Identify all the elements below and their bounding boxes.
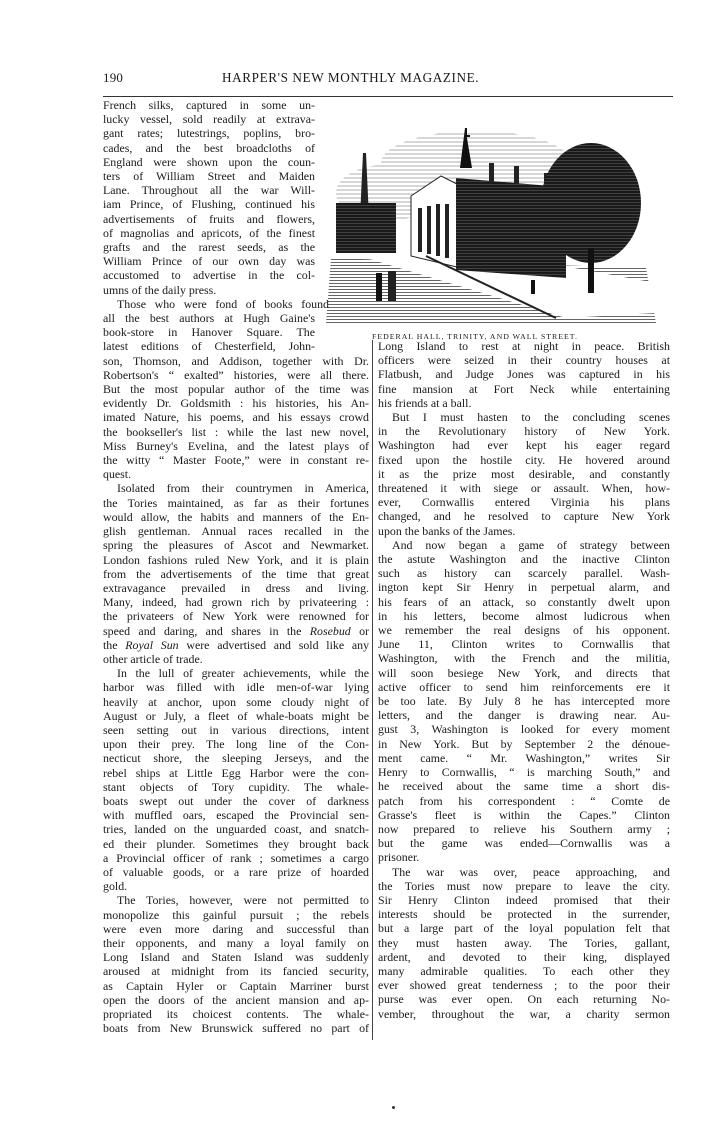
engraving-image <box>326 108 666 323</box>
text-line: Robertson's “ exalted” histories, were a… <box>103 368 369 382</box>
text-line: the witty “ Master Foote,” were in const… <box>103 453 369 467</box>
text-line: And now began a game of strategy between <box>378 538 670 552</box>
text-line: gust 3, Washington is looked for every m… <box>378 722 670 736</box>
text-line: other article of trade. <box>103 652 369 666</box>
left-column: French silks, captured in some un- lucky… <box>103 98 369 1035</box>
text-line: his friends at a ball. <box>378 396 670 410</box>
text-line: grafts and the rarest seeds, as the <box>103 240 315 254</box>
text-line: Grasse's fleet is within the Capes.” Cli… <box>378 808 670 822</box>
right-column: Long Island to rest at night in peace. B… <box>378 339 670 1021</box>
text-line: glish gentleman. Annual races recalled i… <box>103 524 369 538</box>
text-line: propriated its choicest contents. The wh… <box>103 1007 369 1021</box>
text-line: many admirable qualities. To each other … <box>378 964 670 978</box>
text-line: the Tories must now prepare to leave the… <box>378 879 670 893</box>
text-line: officers were seized in their country ho… <box>378 353 670 367</box>
text-line: with muffled oars, escaped the Provincia… <box>103 808 369 822</box>
text-line: Flatbush, and Judge Jones was captured i… <box>378 367 670 381</box>
text-line: of magnolias and apricots, of the finest <box>103 226 315 240</box>
text-line: vember, throughout the war, a charity se… <box>378 1007 670 1021</box>
text-line: Isolated from their countrymen in Americ… <box>103 481 369 495</box>
text-line: umns of the daily press. <box>103 283 315 297</box>
text-line: Lane. Throughout all the war Will- <box>103 183 315 197</box>
text-line: but the game was ended—Cornwallis was a <box>378 836 670 850</box>
text-line: rebel ships at Little Egg Harbor were th… <box>103 766 369 780</box>
text-line: Washington had ever kept his eager regar… <box>378 438 670 452</box>
text-segment: were advertised and sold like any <box>179 638 369 652</box>
text-line: Long Island to rest at night in peace. B… <box>378 339 670 353</box>
text-line: ever, Cornwallis entered Virginia his pl… <box>378 495 670 509</box>
text-line: would allow, the habits and manners of t… <box>103 510 369 524</box>
text-line: quest. <box>103 467 369 481</box>
text-line: upon their prey. The long line of the Co… <box>103 737 369 751</box>
text-line: in the Revolutionary history of New York… <box>378 424 670 438</box>
text-line: changed, and he resolved to capture New … <box>378 509 670 523</box>
text-line: ters of William Street and Maiden <box>103 169 315 183</box>
text-line: gold. <box>103 879 369 893</box>
text-line: but a large part of the loyal population… <box>378 921 670 935</box>
text-line: stant objects of Tory cupidity. The whal… <box>103 780 369 794</box>
text-line: ardent, and devoted to their king, displ… <box>378 950 670 964</box>
text-line: In the lull of greater achievements, whi… <box>103 666 369 680</box>
text-line: son, Thomson, and Addison, together with… <box>103 354 369 368</box>
running-head: HARPER'S NEW MONTHLY MAGAZINE. <box>222 70 479 86</box>
text-line: the Tories maintained, as far as their f… <box>103 496 369 510</box>
text-line: iam Prince, of Flushing, continued his <box>103 197 315 211</box>
column-divider <box>372 340 373 1040</box>
text-line: the privateers of New York were renowned… <box>103 609 369 623</box>
text-line: harbor was filled with idle men-of-war l… <box>103 680 369 694</box>
text-line: The Tories, however, were not permitted … <box>103 893 369 907</box>
text-line: will soon besiege New York, and directs … <box>378 666 670 680</box>
text-line: patch from his correspondent : “ Comte d… <box>378 794 670 808</box>
text-line: Henry to Cornwallis, “ is marching South… <box>378 765 670 779</box>
text-line: such as history can scarcely parallel. W… <box>378 566 670 580</box>
text-line: it as the prize most desirable, and cons… <box>378 467 670 481</box>
text-line: upon the banks of the James. <box>378 524 670 538</box>
text-line: letters, and the danger is drawing near.… <box>378 708 670 722</box>
text-line: accustomed to advertise in the col- <box>103 268 315 282</box>
ship-name-rosebud: Rosebud <box>310 624 351 638</box>
text-line: extravagance prevailed in dress and livi… <box>103 581 369 595</box>
text-line: advertisements of fruits and flowers, <box>103 212 315 226</box>
text-line: boats from New Brunswick suffered no par… <box>103 1021 369 1035</box>
text-line-rosebud: speed and daring, and shares in the Rose… <box>103 624 369 638</box>
text-segment: or <box>351 624 369 638</box>
text-line: aroused at midnight from its fancied sec… <box>103 964 369 978</box>
text-line: ed their plunder. Sometimes they brought… <box>103 837 369 851</box>
text-line: they must hasten away. The Tories, galla… <box>378 936 670 950</box>
text-line: boats swept out under the cover of darkn… <box>103 794 369 808</box>
text-line: purse was ever open. On each returning N… <box>378 992 670 1006</box>
text-line: The war was over, peace approaching, and <box>378 865 670 879</box>
text-line: he received about the same time a short … <box>378 779 670 793</box>
text-line: from the advertisements of the time that… <box>103 567 369 581</box>
text-line: French silks, captured in some un- <box>103 98 315 112</box>
text-line: tries, landed on the unguarded coast, an… <box>103 822 369 836</box>
text-line: a Provincial officer of rank ; sometimes… <box>103 851 369 865</box>
text-line: August or July, a fleet of whale-boats m… <box>103 709 369 723</box>
text-line: open the doors of the ancient mansion an… <box>103 993 369 1007</box>
text-line: William Prince of our own day was <box>103 254 315 268</box>
text-line: imated Nature, his poems, and his essays… <box>103 410 369 424</box>
text-line: heavily at anchor, upon some cloudy nigh… <box>103 695 369 709</box>
text-line: threatened it with siege or assault. Whe… <box>378 481 670 495</box>
text-line: Many, indeed, had grown rich by privatee… <box>103 595 369 609</box>
text-segment: the <box>103 638 125 652</box>
text-line: cades, and the best broadcloths of <box>103 141 315 155</box>
text-line: Those who were fond of books found <box>103 297 329 311</box>
text-line: lucky vessel, sold readily at extrava- <box>103 112 315 126</box>
text-line: latest editions of Chesterfield, John- <box>103 339 315 353</box>
text-line: ington kept Sir Henry in perpetual alarm… <box>378 580 670 594</box>
text-line: June 11, Clinton writes to Cornwallis th… <box>378 637 670 651</box>
text-line: monopolize this gainful pursuit ; the re… <box>103 908 369 922</box>
text-line: were even more daring and successful tha… <box>103 922 369 936</box>
text-line: fine mansion at Fort Neck while entertai… <box>378 382 670 396</box>
text-line: London fashions ruled New York, and it i… <box>103 553 369 567</box>
text-line: fixed upon the hostile city. He hovered … <box>378 453 670 467</box>
text-line: active officer to send him reinforcement… <box>378 680 670 694</box>
text-line: Long Island and Staten Island was sudden… <box>103 950 369 964</box>
page-number: 190 <box>103 70 123 86</box>
text-line: their opponents, and many a loyal family… <box>103 936 369 950</box>
text-line: as Captain Hyler or Captain Marriner bur… <box>103 979 369 993</box>
text-segment: speed and daring, and shares in the <box>103 624 310 638</box>
text-line: seen setting out in various directions, … <box>103 723 369 737</box>
text-line: gant rates; lutestrings, poplins, bro- <box>103 126 315 140</box>
text-line: Washington, with the French and the mili… <box>378 651 670 665</box>
text-line: now prepared to relieve his Southern arm… <box>378 822 670 836</box>
ship-name-royal-sun: Royal Sun <box>125 638 178 652</box>
text-line: Miss Burney's Evelina, and the latest pl… <box>103 439 369 453</box>
text-line: all the best authors at Hugh Gaine's <box>103 311 315 325</box>
text-line: in New York. But by September 2 the déno… <box>378 737 670 751</box>
text-line: in his letters, become almost ludicrous … <box>378 609 670 623</box>
text-line: Sir Henry Clinton indeed promised that t… <box>378 893 670 907</box>
footer-mark <box>392 1106 395 1109</box>
text-line: ever showed great tenderness ; to the po… <box>378 978 670 992</box>
text-line: book-store in Hanover Square. The <box>103 325 315 339</box>
text-line: the astute Washington and the inactive C… <box>378 552 670 566</box>
text-line: his fears of an attack, so constantly dw… <box>378 595 670 609</box>
text-line: the bookseller's list : while the last n… <box>103 425 369 439</box>
text-line: prisoner. <box>378 850 670 864</box>
text-line-royal-sun: the Royal Sun were advertised and sold l… <box>103 638 369 652</box>
text-line: But I must hasten to the concluding scen… <box>378 410 670 424</box>
text-line: spring the pleasures of Ascot and Newmar… <box>103 538 369 552</box>
text-line: of valuable goods, or a rare prize of ho… <box>103 865 369 879</box>
text-line: we remember the real designs of his oppo… <box>378 623 670 637</box>
text-line: be too late. By July 8 he has intercepte… <box>378 694 670 708</box>
text-line: evidently Dr. Goldsmith : his histories,… <box>103 396 369 410</box>
text-line: But the most popular author of the time … <box>103 382 369 396</box>
text-line: England were shown upon the coun- <box>103 155 315 169</box>
text-line: ment came. “ Mr. Washington,” writes Sir <box>378 751 670 765</box>
header-rule <box>103 96 673 97</box>
text-line: necticut shore, the sleeping Jerseys, an… <box>103 751 369 765</box>
text-line: interests should be protected in the sur… <box>378 907 670 921</box>
illustration-federal-hall <box>326 108 666 323</box>
